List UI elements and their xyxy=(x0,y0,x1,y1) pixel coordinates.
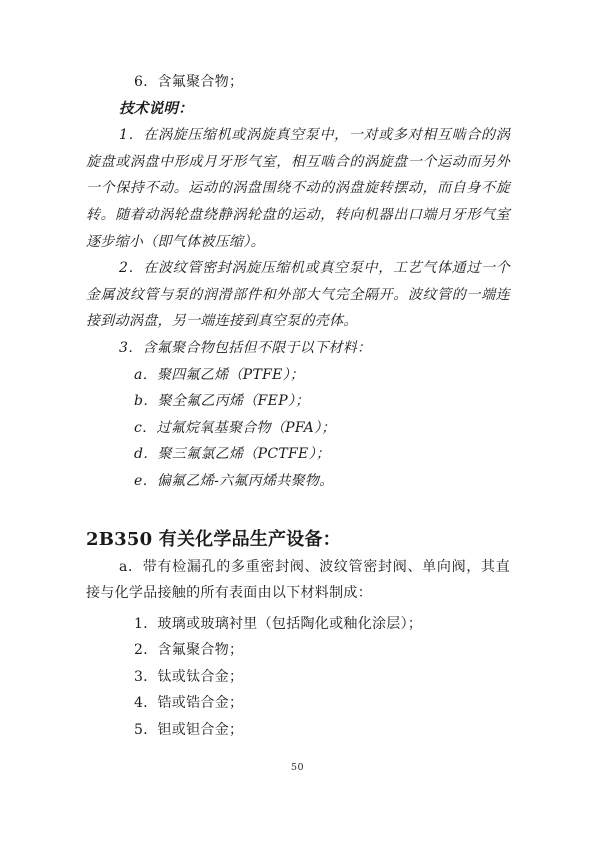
material-item-c: c．过氟烷氧基聚合物（PFA）； xyxy=(86,415,510,442)
fluoropolymer-material-list: a．聚四氟乙烯（PTFE）； b．聚全氟乙丙烯（FEP）； c．过氟烷氧基聚合物… xyxy=(86,362,510,495)
section-heading-2b350: 2B350 有关化学品生产设备： xyxy=(86,526,510,554)
page-number: 50 xyxy=(0,762,595,773)
tech-note-paragraph-1: 1．在涡旋压缩机或涡旋真空泵中，一对或多对相互啮合的涡旋盘或涡盘中形成月牙形气室… xyxy=(86,122,510,255)
valve-material-list: 1．玻璃或玻璃衬里（包括陶化或釉化涂层）； 2．含氟聚合物； 3．钛或钛合金； … xyxy=(86,611,510,744)
page-content: 6．含氟聚合物； 技术说明： 1．在涡旋压缩机或涡旋真空泵中，一对或多对相互啮合… xyxy=(86,69,510,744)
valve-material-item-4: 4．锆或锆合金； xyxy=(86,690,510,717)
valve-material-item-1: 1．玻璃或玻璃衬里（包括陶化或釉化涂层）； xyxy=(86,611,510,638)
tech-note-heading: 技术说明： xyxy=(86,96,510,123)
list-item-6-fluoropolymer: 6．含氟聚合物； xyxy=(86,69,510,96)
tech-note-paragraph-2: 2．在波纹管密封涡旋压缩机或真空泵中，工艺气体通过一个金属波纹管与泵的润滑部件和… xyxy=(86,255,510,335)
material-item-b: b．聚全氟乙丙烯（FEP）； xyxy=(86,388,510,415)
valve-material-item-3: 3．钛或钛合金； xyxy=(86,664,510,691)
section-2b350-item-a: a．带有检漏孔的多重密封阀、波纹管密封阀、单向阀，其直接与化学品接触的所有表面由… xyxy=(86,554,510,607)
material-item-e: e．偏氟乙烯-六氟丙烯共聚物。 xyxy=(86,468,510,495)
document-page: 6．含氟聚合物； 技术说明： 1．在涡旋压缩机或涡旋真空泵中，一对或多对相互啮合… xyxy=(0,0,595,841)
valve-material-item-2: 2．含氟聚合物； xyxy=(86,637,510,664)
material-item-d: d．聚三氟氯乙烯（PCTFE）； xyxy=(86,441,510,468)
tech-note-paragraph-3: 3．含氟聚合物包括但不限于以下材料： xyxy=(86,335,510,362)
material-item-a: a．聚四氟乙烯（PTFE）； xyxy=(86,362,510,389)
valve-material-item-5: 5．钽或钽合金； xyxy=(86,717,510,744)
